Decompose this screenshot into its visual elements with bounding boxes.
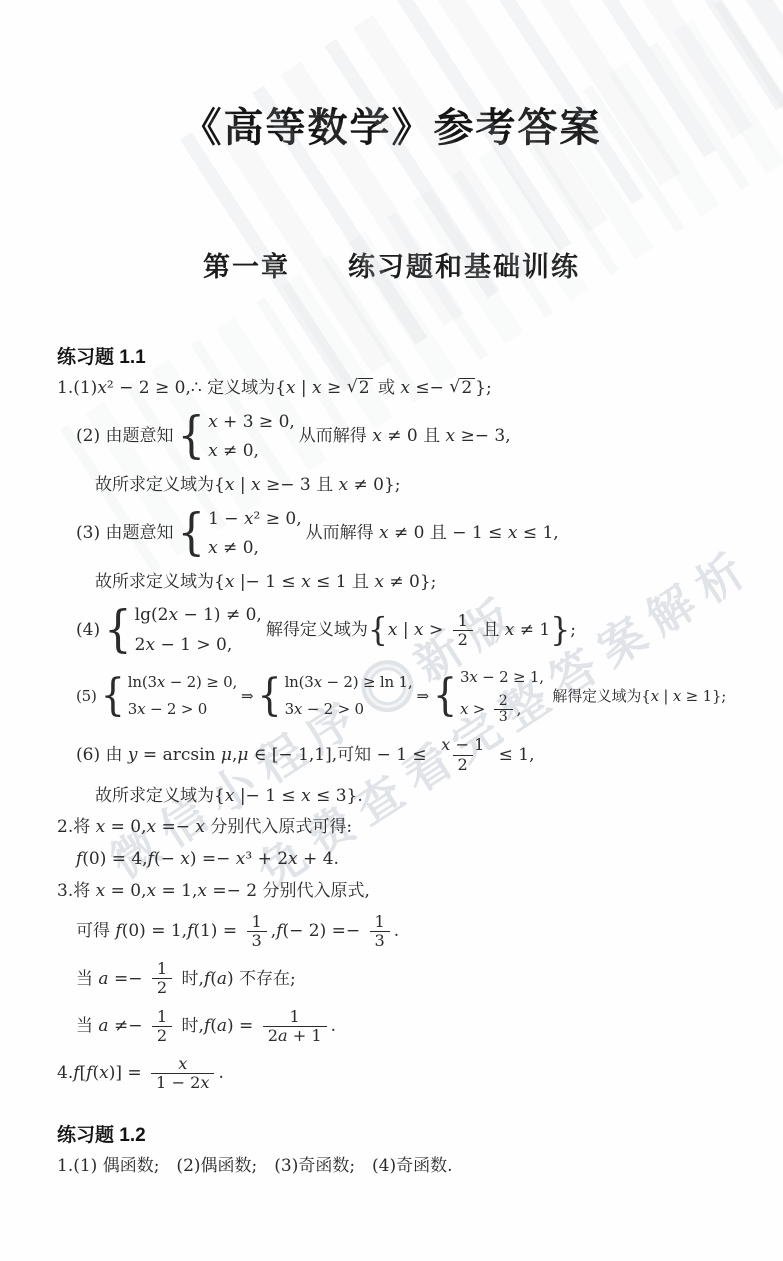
- math-text: ⇒: [241, 686, 253, 708]
- cases-rows: ln(3x − 2) ≥ 0,3x − 2 > 0: [128, 672, 237, 721]
- math-line: (4){lg(2x − 1) ≠ 0,2x − 1 > 0,解得定义域为{x |…: [0, 603, 753, 657]
- cases-group: {ln(3x − 2) ≥ ln 1,3x − 2 > 0: [257, 672, 412, 721]
- math-text: .: [218, 1061, 223, 1086]
- math-text: 3x − 2 > 0: [128, 699, 207, 721]
- math-line: 故所求定义域为{x | x ≥− 3 且 x ≠ 0};: [0, 473, 753, 498]
- math-text: 从而解得 x ≠ 0 且 x ≥− 3,: [299, 424, 511, 449]
- math-text: ≤ 1,: [493, 743, 534, 768]
- math-text: 故所求定义域为{x |− 1 ≤ x ≤ 1 且 x ≠ 0};: [95, 570, 436, 595]
- fraction-denominator: 1 − 2x: [151, 1073, 214, 1092]
- fraction-denominator: 2: [152, 978, 172, 997]
- cases-rows: 1 − x² ≥ 0,x ≠ 0,: [208, 507, 302, 561]
- cases-row: x > 23,: [460, 694, 544, 727]
- math-text: f(0) = 4,f(− x) =− x³ + 2x + 4.: [76, 847, 339, 872]
- cases-row: x ≠ 0,: [208, 536, 302, 561]
- radicand: 2: [460, 378, 475, 398]
- fraction: 13: [247, 913, 267, 950]
- cases-rows: 3x − 2 ≥ 1,x > 23,: [460, 667, 544, 727]
- cases-row: x + 3 ≥ 0,: [208, 410, 295, 435]
- cases-row: 3x − 2 ≥ 1,: [460, 667, 544, 689]
- fraction-denominator: 3: [370, 931, 390, 950]
- math-line: (6) 由 y = arcsin μ,μ ∈ [− 1,1],可知 − 1 ≤ …: [0, 736, 753, 773]
- page-title: 《高等数学》参考答案: [0, 96, 783, 153]
- fraction: 12a + 1: [263, 1008, 327, 1045]
- radical-icon: √: [347, 378, 358, 397]
- cases-rows: lg(2x − 1) ≠ 0,2x − 1 > 0,: [135, 603, 262, 657]
- fraction-numerator: 1: [152, 1008, 172, 1026]
- math-text: 时,f(a) 不存在;: [176, 967, 296, 992]
- math-text: x + 3 ≥ 0,: [208, 410, 295, 435]
- case-brace: {: [177, 511, 205, 556]
- case-brace: {: [177, 414, 205, 459]
- fraction-numerator: 1: [285, 1008, 305, 1026]
- math-text: {: [368, 614, 388, 647]
- cases-group: {lg(2x − 1) ≠ 0,2x − 1 > 0,: [104, 603, 262, 657]
- fraction-denominator: 3: [494, 709, 513, 726]
- section-heading: 练习题 1.2: [57, 1120, 783, 1147]
- math-text: (2) 由题意知: [76, 424, 173, 449]
- section-heading: 练习题 1.1: [57, 342, 783, 369]
- cases-row: 2x − 1 > 0,: [135, 633, 262, 658]
- math-line: 1.(1) 偶函数; (2)偶函数; (3)奇函数; (4)奇函数.: [0, 1154, 753, 1179]
- cases-row: 3x − 2 > 0: [285, 699, 413, 721]
- math-text: 解得定义域为{x | x ≥ 1};: [548, 686, 726, 708]
- math-text: 且 x ≠ 1: [477, 618, 550, 643]
- fraction-numerator: 2: [494, 694, 513, 710]
- math-text: ln(3x − 2) ≥ ln 1,: [285, 672, 413, 694]
- math-line: 当 a ≠− 12 时,f(a) = 12a + 1.: [0, 1008, 753, 1045]
- math-text: x ≠ 0,: [208, 536, 259, 561]
- math-text: (4): [76, 618, 100, 643]
- math-text: 2.将 x = 0,x =− x 分别代入原式可得:: [57, 815, 352, 840]
- math-line: 可得 f(0) = 1,f(1) = 13,f(− 2) =− 13.: [0, 913, 753, 950]
- cases-rows: ln(3x − 2) ≥ ln 1,3x − 2 > 0: [285, 672, 413, 721]
- math-line: (3) 由题意知{1 − x² ≥ 0,x ≠ 0,从而解得 x ≠ 0 且 −…: [0, 507, 753, 561]
- math-text: (6) 由 y = arcsin μ,μ ∈ [− 1,1],可知 − 1 ≤: [76, 743, 432, 768]
- sqrt: √2: [449, 378, 475, 398]
- case-brace: {: [101, 677, 125, 717]
- math-line: 4.f[f(x)] = x1 − 2x.: [0, 1055, 753, 1092]
- chapter-heading: 第一章 练习题和基础训练: [0, 245, 783, 284]
- fraction-denominator: 3: [247, 931, 267, 950]
- fraction-denominator: 2a + 1: [263, 1026, 327, 1045]
- cases-row: ln(3x − 2) ≥ ln 1,: [285, 672, 413, 694]
- fraction-numerator: x − 1: [436, 736, 489, 754]
- math-text: .: [394, 919, 399, 944]
- scan-glare-streak: [180, 0, 783, 392]
- math-text: 故所求定义域为{x | x ≥− 3 且 x ≠ 0};: [95, 473, 401, 498]
- math-text: 3x − 2 > 0: [285, 699, 364, 721]
- math-text: }: [550, 614, 570, 647]
- page: 微信小程序 新版 免费查看完整答案解析 《高等数学》参考答案 第一章 练习题和基…: [0, 0, 783, 1261]
- fraction-numerator: 1: [370, 913, 390, 931]
- math-text: 可得 f(0) = 1,f(1) =: [76, 919, 243, 944]
- fraction-numerator: 1: [247, 913, 267, 931]
- math-text: .: [331, 1014, 336, 1039]
- math-text: 1.(1) 偶函数; (2)偶函数; (3)奇函数; (4)奇函数.: [57, 1154, 453, 1179]
- math-text: 时,f(a) =: [176, 1014, 259, 1039]
- sqrt: √2: [347, 378, 373, 398]
- math-text: ,: [517, 699, 522, 721]
- math-text: 1.(1)x² − 2 ≥ 0,∴ 定义域为{x | x ≥: [57, 376, 347, 401]
- math-line: 当 a =− 12 时,f(a) 不存在;: [0, 960, 753, 997]
- math-text: x ≠ 0,: [208, 439, 259, 464]
- radicand: 2: [358, 378, 373, 398]
- math-text: ;: [570, 618, 576, 643]
- math-line: 2.将 x = 0,x =− x 分别代入原式可得:: [0, 815, 753, 840]
- math-line: 3.将 x = 0,x = 1,x =− 2 分别代入原式,: [0, 879, 753, 904]
- math-line: (2) 由题意知{x + 3 ≥ 0,x ≠ 0,从而解得 x ≠ 0 且 x …: [0, 410, 753, 464]
- math-text: 当 a =−: [76, 967, 148, 992]
- math-text: lg(2x − 1) ≠ 0,: [135, 603, 262, 628]
- math-text: ⇒: [416, 686, 428, 708]
- fraction: 12: [152, 960, 172, 997]
- math-text: 故所求定义域为{x |− 1 ≤ x ≤ 3}.: [95, 784, 363, 809]
- case-brace: {: [104, 608, 132, 653]
- fraction-denominator: 2: [453, 630, 473, 649]
- fraction: x1 − 2x: [151, 1055, 214, 1092]
- fraction-numerator: 1: [453, 612, 473, 630]
- math-line: (5){ln(3x − 2) ≥ 0,3x − 2 > 0⇒{ln(3x − 2…: [0, 667, 753, 727]
- fraction-numerator: x: [173, 1055, 192, 1073]
- cases-row: 1 − x² ≥ 0,: [208, 507, 302, 532]
- radical-icon: √: [449, 378, 460, 397]
- math-text: (5): [76, 686, 97, 708]
- math-line: 1.(1)x² − 2 ≥ 0,∴ 定义域为{x | x ≥ √2 或 x ≤−…: [0, 376, 753, 401]
- math-text: 2x − 1 > 0,: [135, 633, 233, 658]
- fraction: x − 12: [436, 736, 489, 773]
- math-text: x | x >: [388, 618, 449, 643]
- math-line: 故所求定义域为{x |− 1 ≤ x ≤ 1 且 x ≠ 0};: [0, 570, 753, 595]
- case-brace: {: [433, 677, 457, 717]
- content: 练习题 1.11.(1)x² − 2 ≥ 0,∴ 定义域为{x | x ≥ √2…: [0, 342, 783, 1179]
- cases-row: x ≠ 0,: [208, 439, 295, 464]
- fraction: 12: [453, 612, 473, 649]
- math-text: 解得定义域为: [266, 618, 368, 643]
- fraction-denominator: 2: [152, 1026, 172, 1045]
- math-text: 1 − x² ≥ 0,: [208, 507, 302, 532]
- math-text: 3.将 x = 0,x = 1,x =− 2 分别代入原式,: [57, 879, 370, 904]
- fraction: 13: [370, 913, 390, 950]
- math-text: 3x − 2 ≥ 1,: [460, 667, 544, 689]
- cases-rows: x + 3 ≥ 0,x ≠ 0,: [208, 410, 295, 464]
- cases-row: ln(3x − 2) ≥ 0,: [128, 672, 237, 694]
- math-text: ln(3x − 2) ≥ 0,: [128, 672, 237, 694]
- cases-row: lg(2x − 1) ≠ 0,: [135, 603, 262, 628]
- cases-group: {1 − x² ≥ 0,x ≠ 0,: [177, 507, 301, 561]
- math-text: 当 a ≠−: [76, 1014, 148, 1039]
- case-brace: {: [257, 677, 281, 717]
- fraction: 23: [494, 694, 513, 727]
- cases-group: {x + 3 ≥ 0,x ≠ 0,: [177, 410, 294, 464]
- cases-group: {ln(3x − 2) ≥ 0,3x − 2 > 0: [101, 672, 237, 721]
- fraction-numerator: 1: [152, 960, 172, 978]
- cases-group: {3x − 2 ≥ 1,x > 23,: [433, 667, 544, 727]
- math-line: 故所求定义域为{x |− 1 ≤ x ≤ 3}.: [0, 784, 753, 809]
- math-text: 4.f[f(x)] =: [57, 1061, 147, 1086]
- math-line: f(0) = 4,f(− x) =− x³ + 2x + 4.: [0, 847, 753, 872]
- math-text: (3) 由题意知: [76, 521, 173, 546]
- cases-row: 3x − 2 > 0: [128, 699, 237, 721]
- fraction: 12: [152, 1008, 172, 1045]
- math-text: x >: [460, 699, 490, 721]
- math-text: 从而解得 x ≠ 0 且 − 1 ≤ x ≤ 1,: [306, 521, 559, 546]
- math-text: 或 x ≤−: [373, 376, 450, 401]
- fraction-denominator: 2: [453, 755, 473, 774]
- math-text: ,f(− 2) =−: [271, 919, 366, 944]
- math-text: };: [475, 376, 492, 401]
